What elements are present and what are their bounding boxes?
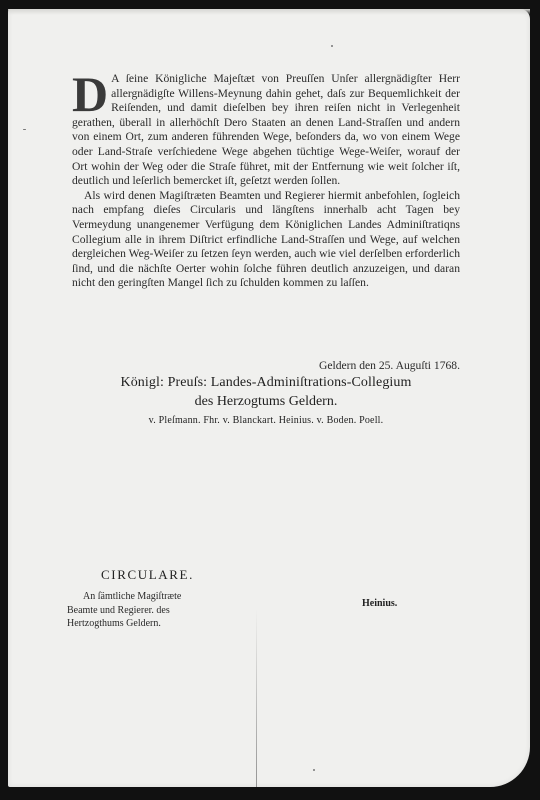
signatories-line: v. Pleſmann. Fhr. v. Blanckart. Heinius.… — [72, 413, 460, 429]
fold-crease — [256, 609, 257, 787]
circular-body: DA ſeine Königliche Majeſtæt von Preuſſe… — [72, 72, 460, 291]
paragraph-royal-decree: DA ſeine Königliche Majeſtæt von Preuſſe… — [72, 72, 460, 189]
dropcap-letter: D — [72, 74, 107, 114]
paragraph-1-text: A ſeine Königliche Majeſtæt von Preuſſen… — [72, 72, 460, 187]
outer-signature: Heinius. — [362, 598, 397, 609]
recipient-address: An ſämtliche Magiſtræte Beamte und Regie… — [67, 590, 181, 631]
circulare-heading: CIRCULARE. — [101, 567, 194, 583]
paper-speck — [313, 769, 315, 771]
date-place-line: Geldern den 25. Auguſti 1768. — [72, 359, 460, 372]
paragraph-instructions: Als wird denen Magiſtræten Beamten und R… — [72, 189, 460, 291]
paper-speck — [23, 129, 26, 130]
scan-frame: DA ſeine Königliche Majeſtæt von Preuſſe… — [0, 0, 540, 800]
recipient-line-1: An ſämtliche Magiſtræte — [67, 590, 181, 604]
issuer-title: Königl: Preuſs: Landes-Adminiſtrations-C… — [72, 373, 460, 392]
issuer-block: Königl: Preuſs: Landes-Adminiſtrations-C… — [72, 373, 460, 429]
recipient-line-3: Hertzogthums Geldern. — [67, 617, 181, 631]
recipient-line-2: Beamte und Regierer. des — [67, 604, 181, 618]
paper-speck — [331, 45, 333, 47]
issuer-duchy: des Herzogtums Geldern. — [72, 392, 460, 411]
